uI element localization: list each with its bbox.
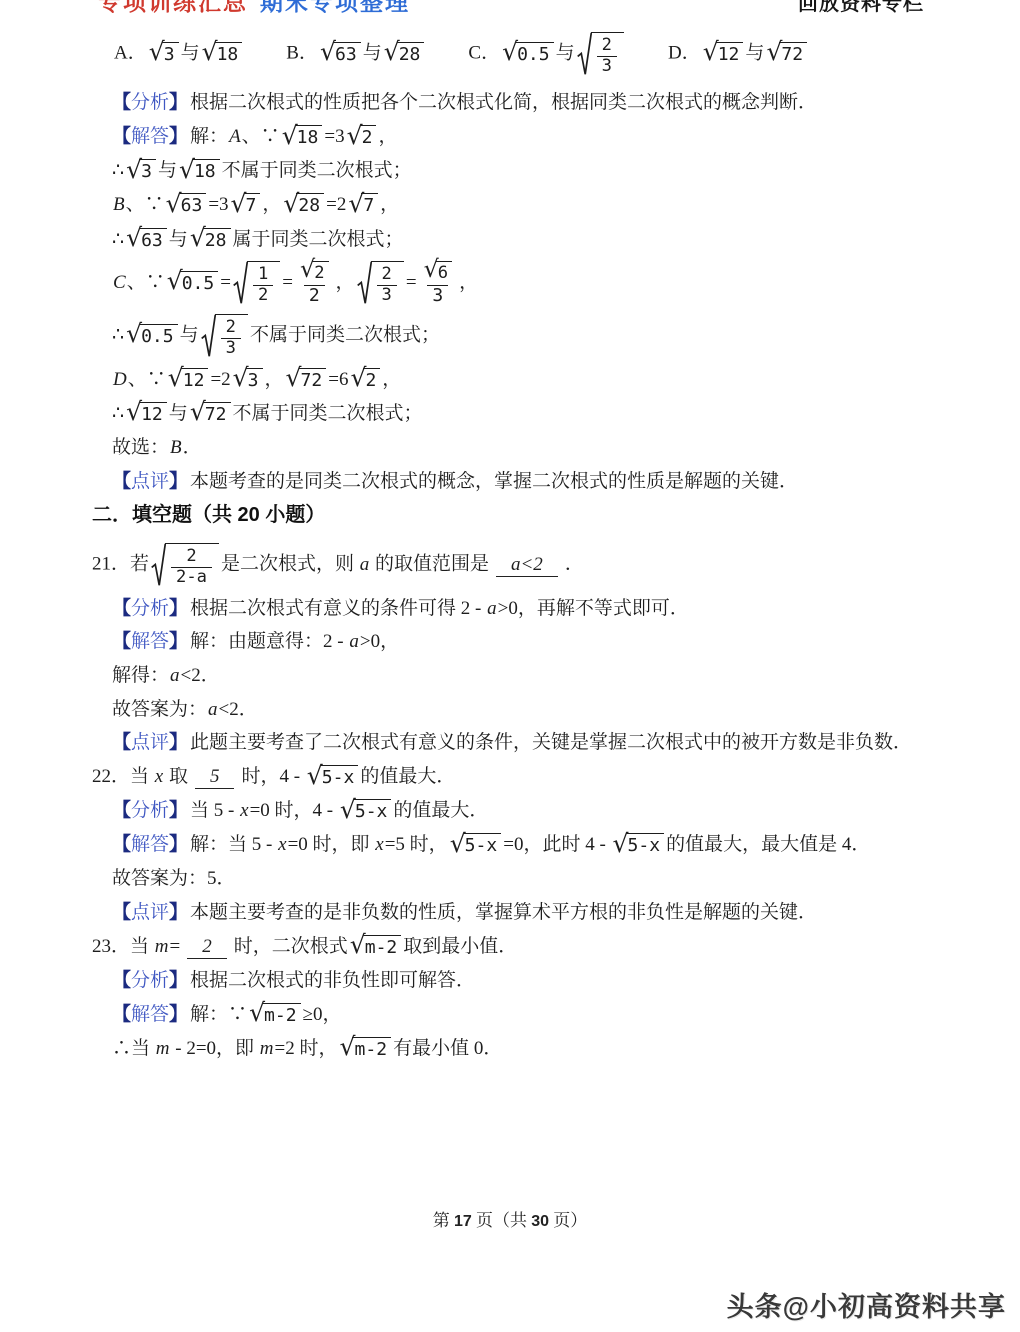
radical-sign-icon bbox=[201, 314, 216, 358]
label-text: 点评 bbox=[131, 471, 169, 492]
radical-sign: √ bbox=[340, 797, 356, 822]
text-run: 页） bbox=[549, 1211, 587, 1230]
page-number: 第 17 页（共 30 页） bbox=[0, 1206, 1020, 1231]
radical-sign: √ bbox=[300, 258, 315, 282]
math-variable: x bbox=[239, 800, 249, 821]
bold-text: 30 bbox=[531, 1213, 549, 1230]
radical-sign: √ bbox=[149, 39, 165, 64]
banner-blue-cropped-text: 期末专项整理 bbox=[260, 0, 410, 14]
math-variable: a bbox=[207, 699, 219, 720]
solution-step: 解得：a<2． bbox=[92, 663, 972, 689]
math-variable: a bbox=[359, 554, 371, 575]
text-run: >0，再解不等式即可． bbox=[498, 598, 689, 619]
radicand: 23 bbox=[371, 261, 404, 305]
label-bracket: 】 bbox=[169, 902, 188, 923]
text-run: = bbox=[282, 272, 293, 293]
radicand: 28 bbox=[296, 193, 324, 217]
watermark: 头条@小初高资料共享 bbox=[727, 1285, 1006, 1324]
label-bracket: 】 bbox=[169, 126, 188, 147]
math-variable: m bbox=[259, 1038, 275, 1059]
text-run: ∴ bbox=[112, 160, 124, 181]
section-label: 【解答】 bbox=[112, 631, 188, 652]
text-run: B． bbox=[286, 43, 318, 64]
fraction-numerator: √2 bbox=[295, 261, 334, 285]
sqrt-expression: √72 bbox=[766, 42, 807, 67]
text-run: ， bbox=[265, 369, 284, 390]
label-text: 分析 bbox=[131, 92, 169, 113]
text-run: C． bbox=[468, 43, 500, 64]
text-run: 的值最大，最大值是 4． bbox=[666, 834, 870, 855]
radical-sign: √ bbox=[231, 191, 247, 216]
radicand: 22-a bbox=[165, 543, 219, 587]
solution-step: ∴√0.5与23不属于同类二次根式； bbox=[92, 314, 972, 358]
radical-sign: √ bbox=[167, 268, 183, 293]
text-run: =2 时， bbox=[275, 1038, 338, 1059]
radical-sign: √ bbox=[282, 123, 298, 148]
sqrt-expression: √2 bbox=[347, 125, 377, 150]
text-run: 、∵ bbox=[128, 369, 166, 390]
question-22: 22．当 x 取5时，4 - √5-x的值最大． bbox=[92, 764, 972, 790]
text-run: 故答案为： bbox=[112, 699, 207, 720]
fraction-denominator: 2 bbox=[253, 285, 273, 306]
radical-sign: √ bbox=[766, 39, 782, 64]
section-label: 【分析】 bbox=[112, 970, 188, 991]
text-run: 的值最大． bbox=[393, 800, 488, 821]
text-run: 与 bbox=[158, 160, 177, 181]
text-run: = bbox=[220, 272, 231, 293]
label-bracket: 【 bbox=[112, 92, 131, 113]
text-run: ， bbox=[382, 369, 401, 390]
section-label: 【点评】 bbox=[112, 902, 188, 923]
label-text: 点评 bbox=[131, 902, 169, 923]
section-label: 【分析】 bbox=[112, 800, 188, 821]
answer-blank: a<2 bbox=[496, 554, 558, 577]
solution-step: 故答案为：a<2． bbox=[92, 697, 972, 723]
label-bracket: 】 bbox=[169, 471, 188, 492]
section-label: 【点评】 bbox=[112, 471, 188, 492]
sqrt-expression: √3 bbox=[126, 159, 156, 184]
sqrt-expression: √5-x bbox=[450, 833, 502, 858]
radical-sign: √ bbox=[307, 763, 323, 788]
radicand: 12 bbox=[716, 42, 744, 66]
text-run: 解：∵ bbox=[190, 1004, 247, 1025]
section-label: 【分析】 bbox=[112, 92, 188, 113]
text-run: 的值最大． bbox=[360, 766, 455, 787]
options-row: A．√3与√18B．√63与√28C．√0.5与23D．√12与√72 bbox=[92, 32, 972, 76]
sqrt-expression: √7 bbox=[231, 193, 261, 218]
radicand: 72 bbox=[203, 402, 231, 426]
sqrt-fraction-expression: 23 bbox=[357, 261, 404, 305]
radical-sign-icon bbox=[357, 261, 372, 305]
comment-line: 【点评】此题主要考查了二次根式有意义的条件，关键是掌握二次根式中的被开方数是非负… bbox=[92, 730, 972, 756]
radicand: 5-x bbox=[320, 765, 359, 789]
radical-sign: √ bbox=[703, 39, 719, 64]
text-run: ， bbox=[459, 272, 478, 293]
math-variable: x bbox=[154, 766, 164, 787]
radicand: 63 bbox=[179, 193, 207, 217]
text-run: 、∵ bbox=[242, 126, 280, 147]
text-run: ∴ bbox=[112, 229, 124, 250]
document-page: 专项训练汇总 期末专项整理 回放资料专栏 A．√3与√18B．√63与√28C．… bbox=[0, 0, 1020, 1332]
radical-sign: √ bbox=[126, 399, 142, 424]
label-text: 解答 bbox=[131, 834, 169, 855]
text-run: ． bbox=[565, 554, 584, 575]
label-bracket: 【 bbox=[112, 732, 131, 753]
section-label: 【解答】 bbox=[112, 126, 188, 147]
sqrt-expression: √0.5 bbox=[502, 42, 554, 67]
text-run: = bbox=[406, 272, 417, 293]
fraction-denominator: 3 bbox=[377, 285, 397, 306]
sqrt-fraction-expression: 12 bbox=[233, 261, 280, 305]
radical-sign: √ bbox=[190, 399, 206, 424]
text-run: 根据二次根式有意义的条件可得 2 - bbox=[190, 598, 486, 619]
question-21: 21．若22-a是二次根式，则 a 的取值范围是a<2． bbox=[92, 543, 972, 587]
analysis-line: 【分析】根据二次根式的性质把各个二次根式化简，根据同类二次根式的概念判断． bbox=[92, 90, 972, 116]
sqrt-expression: √18 bbox=[282, 125, 323, 150]
sqrt-expression: √28 bbox=[190, 228, 231, 253]
sqrt-fraction-expression: 23 bbox=[201, 314, 248, 358]
answer-blank: 5 bbox=[195, 766, 235, 789]
section-label: 【解答】 bbox=[112, 1004, 188, 1025]
solution-line: 【解答】解：A、∵√18=3√2， bbox=[92, 124, 972, 150]
math-variable: x bbox=[277, 834, 287, 855]
radical-sign: √ bbox=[424, 258, 439, 282]
text-run: 根据二次根式的非负性即可解答． bbox=[190, 970, 475, 991]
radical-sign-icon bbox=[233, 261, 248, 305]
text-run: 根据二次根式的性质把各个二次根式化简，根据同类二次根式的概念判断． bbox=[190, 92, 817, 113]
text-run: 22．当 bbox=[92, 766, 154, 787]
fraction-denominator: 2 bbox=[304, 285, 325, 307]
sqrt-expression: √63 bbox=[320, 42, 361, 67]
solution-line: 【解答】解：∵√m-2≥0， bbox=[92, 1002, 972, 1028]
text-run: 解：当 5 - bbox=[190, 834, 277, 855]
text-run: 不属于同类二次根式； bbox=[222, 160, 412, 181]
sqrt-expression: √28 bbox=[384, 42, 425, 67]
radicand: 18 bbox=[295, 125, 323, 149]
text-run: 21．若 bbox=[92, 554, 149, 575]
radical-sign: √ bbox=[350, 932, 366, 957]
sqrt-expression: √12 bbox=[126, 402, 167, 427]
fraction: 23 bbox=[377, 265, 397, 305]
label-text: 分析 bbox=[131, 800, 169, 821]
bold-text: 17 bbox=[454, 1213, 472, 1230]
solution-step: ∴当 m - 2=0，即 m=2 时，√m-2有最小值 0． bbox=[92, 1036, 972, 1062]
math-variable: D bbox=[112, 369, 128, 390]
text-run: ∴ bbox=[112, 403, 124, 424]
radicand: 23 bbox=[215, 314, 248, 358]
radicand: 5-x bbox=[626, 833, 665, 857]
text-run: =0，此时 4 - bbox=[503, 834, 610, 855]
text-run: ， bbox=[336, 272, 355, 293]
text-run: ， bbox=[380, 194, 399, 215]
sqrt-expression: √3 bbox=[233, 368, 263, 393]
label-bracket: 【 bbox=[112, 598, 131, 619]
text-run: <2． bbox=[181, 665, 220, 686]
text-run: 的取值范围是 bbox=[370, 554, 489, 575]
math-variable: x bbox=[374, 834, 384, 855]
label-bracket: 【 bbox=[112, 800, 131, 821]
label-bracket: 【 bbox=[112, 834, 131, 855]
math-variable: A bbox=[228, 126, 242, 147]
label-bracket: 】 bbox=[169, 1004, 188, 1025]
comment-line: 【点评】本题主要考查的是非负数的性质，掌握算术平方根的非负性是解题的关键． bbox=[92, 900, 972, 926]
sqrt-expression: √72 bbox=[190, 402, 231, 427]
text-run: 与 bbox=[745, 43, 764, 64]
math-variable: m bbox=[155, 1038, 171, 1059]
section-label: 【分析】 bbox=[112, 598, 188, 619]
radical-sign: √ bbox=[166, 191, 182, 216]
radicand: m-2 bbox=[262, 1003, 301, 1027]
text-run: ， bbox=[262, 194, 281, 215]
label-bracket: 】 bbox=[169, 631, 188, 652]
radical-sign: √ bbox=[202, 39, 218, 64]
radicand: 12 bbox=[247, 261, 280, 305]
text-run: 故选： bbox=[112, 437, 169, 458]
radicand: 12 bbox=[181, 368, 209, 392]
text-run: =6 bbox=[328, 369, 348, 390]
sqrt-expression: √18 bbox=[179, 159, 220, 184]
fraction-numerator: 2 bbox=[181, 547, 201, 567]
fraction-denominator: 2-a bbox=[171, 567, 212, 588]
label-bracket: 【 bbox=[112, 970, 131, 991]
sqrt-expression: √12 bbox=[703, 42, 744, 67]
radical-sign: √ bbox=[340, 1034, 356, 1059]
fraction-numerator: 2 bbox=[221, 318, 241, 338]
fraction-numerator: 1 bbox=[253, 265, 273, 285]
sqrt-expression: √m-2 bbox=[249, 1003, 301, 1028]
bold-text: 二．填空题（共 20 小题） bbox=[92, 504, 325, 526]
solution-line: 【解答】解：当 5 - x=0 时，即 x=5 时，√5-x=0，此时 4 - … bbox=[92, 832, 972, 858]
conclusion-line: 故选：B． bbox=[92, 435, 972, 461]
text-run: 与 bbox=[181, 43, 200, 64]
radical-sign: √ bbox=[348, 191, 364, 216]
text-run: ∴ bbox=[112, 325, 124, 346]
sqrt-expression: √5-x bbox=[340, 799, 392, 824]
math-variable: B bbox=[169, 437, 183, 458]
label-text: 分析 bbox=[131, 970, 169, 991]
banner-red-cropped-text: 专项训练汇总 bbox=[98, 0, 248, 14]
radicand: 5-x bbox=[353, 799, 392, 823]
section-heading: 二．填空题（共 20 小题） bbox=[92, 502, 972, 529]
text-run: 取到最小值． bbox=[403, 936, 517, 957]
radicand: 72 bbox=[779, 42, 807, 66]
fraction-denominator: 3 bbox=[427, 285, 448, 307]
section-label: 【点评】 bbox=[112, 732, 188, 753]
radical-sign: √ bbox=[384, 39, 400, 64]
radicand: 18 bbox=[215, 42, 243, 66]
solution-step: 故答案为：5． bbox=[92, 866, 972, 892]
analysis-line: 【分析】根据二次根式的非负性即可解答． bbox=[92, 968, 972, 994]
section-label: 【解答】 bbox=[112, 834, 188, 855]
math-variable: B bbox=[112, 194, 126, 215]
radicand: 0.5 bbox=[180, 271, 219, 295]
fraction: √63 bbox=[419, 261, 458, 307]
fraction: 12 bbox=[253, 265, 273, 305]
radicand: 12 bbox=[139, 402, 167, 426]
text-run: <2． bbox=[219, 699, 258, 720]
fraction: 23 bbox=[221, 318, 241, 358]
sqrt-expression: √2 bbox=[350, 368, 380, 393]
text-run: 属于同类二次根式； bbox=[233, 229, 404, 250]
sqrt-expression: √5-x bbox=[307, 765, 359, 790]
text-run: 与 bbox=[169, 229, 188, 250]
radicand: m-2 bbox=[352, 1037, 391, 1061]
radical-sign: √ bbox=[190, 225, 206, 250]
radicand: 23 bbox=[591, 32, 624, 76]
radicand: 0.5 bbox=[515, 42, 554, 66]
text-run: 是二次根式，则 bbox=[221, 554, 359, 575]
radical-sign: √ bbox=[347, 123, 363, 148]
text-run: =0 时，即 bbox=[288, 834, 375, 855]
radical-sign: √ bbox=[179, 157, 195, 182]
fraction-numerator: √6 bbox=[419, 261, 458, 285]
radicand: 0.5 bbox=[139, 324, 178, 348]
sqrt-expression: √6 bbox=[424, 261, 453, 285]
fraction-denominator: 3 bbox=[597, 56, 617, 77]
radical-sign: √ bbox=[126, 157, 142, 182]
text-run: =5 时， bbox=[385, 834, 448, 855]
radical-sign: √ bbox=[286, 365, 302, 390]
label-bracket: 【 bbox=[112, 126, 131, 147]
text-run: 故答案为：5． bbox=[112, 868, 236, 889]
radical-sign-icon bbox=[151, 543, 166, 587]
sqrt-fraction-expression: 22-a bbox=[151, 543, 219, 587]
solution-step: ∴√3与√18不属于同类二次根式； bbox=[92, 158, 972, 184]
math-variable: a bbox=[169, 665, 181, 686]
radical-sign: √ bbox=[450, 831, 466, 856]
radicand: 28 bbox=[397, 42, 425, 66]
text-run: 不属于同类二次根式； bbox=[233, 403, 423, 424]
comment-line: 【点评】本题考查的是同类二次根式的概念，掌握二次根式的性质是解题的关键． bbox=[92, 469, 972, 495]
text-run: 解： bbox=[190, 126, 228, 147]
label-text: 点评 bbox=[131, 732, 169, 753]
sqrt-expression: √0.5 bbox=[167, 271, 219, 296]
analysis-line: 【分析】当 5 - x=0 时，4 - √5-x的值最大． bbox=[92, 798, 972, 824]
label-text: 分析 bbox=[131, 598, 169, 619]
text-run: =2 bbox=[210, 369, 230, 390]
answer-blank: 2 bbox=[187, 936, 227, 959]
text-run: 与 bbox=[363, 43, 382, 64]
radical-sign: √ bbox=[320, 39, 336, 64]
label-bracket: 【 bbox=[112, 1004, 131, 1025]
math-variable: m bbox=[154, 936, 170, 957]
sqrt-expression: √12 bbox=[168, 368, 209, 393]
sqrt-fraction-expression: 23 bbox=[577, 32, 624, 76]
text-run: D． bbox=[668, 43, 701, 64]
fraction-numerator: 2 bbox=[597, 36, 617, 56]
radicand: 18 bbox=[192, 159, 220, 183]
solution-line: 【解答】解：由题意得：2 - a>0， bbox=[92, 629, 972, 655]
text-run: =2 bbox=[326, 194, 346, 215]
banner-logo-cropped-text: 回放资料专栏 bbox=[798, 0, 924, 14]
text-run: 、∵ bbox=[126, 194, 164, 215]
fraction: 22-a bbox=[171, 547, 212, 587]
math-variable: C bbox=[112, 272, 127, 293]
text-run: =3 bbox=[324, 126, 344, 147]
radicand: m-2 bbox=[363, 935, 402, 959]
text-run: 不属于同类二次根式； bbox=[250, 325, 440, 346]
label-bracket: 】 bbox=[169, 800, 188, 821]
math-variable: a bbox=[348, 631, 360, 652]
radical-sign: √ bbox=[126, 321, 142, 346]
top-banner: 专项训练汇总 期末专项整理 回放资料专栏 bbox=[92, 0, 972, 14]
solution-step: ∴√63与√28属于同类二次根式； bbox=[92, 227, 972, 253]
text-run: >0， bbox=[360, 631, 399, 652]
text-run: =3 bbox=[208, 194, 228, 215]
fraction-numerator: 2 bbox=[377, 265, 397, 285]
sqrt-expression: √0.5 bbox=[126, 324, 178, 349]
solution-step: C、∵√0.5=12=√22，23=√63， bbox=[92, 261, 972, 307]
text-run: 本题主要考查的是非负数的性质，掌握算术平方根的非负性是解题的关键． bbox=[190, 902, 817, 923]
radical-sign: √ bbox=[350, 365, 366, 390]
text-run: 与 bbox=[169, 403, 188, 424]
solution-step: B、∵√63=3√7，√28=2√7， bbox=[92, 192, 972, 218]
label-bracket: 】 bbox=[169, 732, 188, 753]
radicand: 63 bbox=[333, 42, 361, 66]
text-run: 解：由题意得：2 - bbox=[190, 631, 348, 652]
text-run: = bbox=[170, 936, 181, 957]
label-bracket: 【 bbox=[112, 902, 131, 923]
radicand: 63 bbox=[139, 228, 167, 252]
text-run: 当 5 - bbox=[190, 800, 239, 821]
text-run: 时，二次根式 bbox=[234, 936, 348, 957]
label-bracket: 】 bbox=[169, 834, 188, 855]
question-23: 23．当 m=2时，二次根式√m-2取到最小值． bbox=[92, 934, 972, 960]
sqrt-expression: √m-2 bbox=[350, 935, 402, 960]
sqrt-expression: √63 bbox=[166, 193, 207, 218]
text-run: ， bbox=[378, 126, 397, 147]
fraction: √22 bbox=[295, 261, 334, 307]
text-run: 与 bbox=[556, 43, 575, 64]
text-run: ∴当 bbox=[112, 1038, 155, 1059]
radical-sign: √ bbox=[502, 39, 518, 64]
radical-sign: √ bbox=[283, 191, 299, 216]
text-run: 有最小值 0． bbox=[393, 1038, 502, 1059]
sqrt-expression: √7 bbox=[348, 193, 378, 218]
solution-step: D、∵√12=2√3，√72=6√2， bbox=[92, 367, 972, 393]
analysis-line: 【分析】根据二次根式有意义的条件可得 2 - a>0，再解不等式即可． bbox=[92, 596, 972, 622]
sqrt-expression: √2 bbox=[300, 261, 329, 285]
solution-step: ∴√12与√72不属于同类二次根式； bbox=[92, 401, 972, 427]
label-bracket: 【 bbox=[112, 471, 131, 492]
text-run: A． bbox=[114, 43, 147, 64]
sqrt-expression: √5-x bbox=[613, 833, 665, 858]
radical-sign: √ bbox=[168, 365, 184, 390]
label-text: 解答 bbox=[131, 126, 169, 147]
radical-sign: √ bbox=[249, 1000, 265, 1025]
radicand: 28 bbox=[203, 228, 231, 252]
sqrt-expression: √28 bbox=[283, 193, 324, 218]
label-text: 解答 bbox=[131, 631, 169, 652]
radical-sign: √ bbox=[613, 831, 629, 856]
label-bracket: 【 bbox=[112, 631, 131, 652]
text-run: 解得： bbox=[112, 665, 169, 686]
radicand: 72 bbox=[299, 368, 327, 392]
text-run: 此题主要考查了二次根式有意义的条件，关键是掌握二次根式中的被开方数是非负数． bbox=[190, 732, 912, 753]
text-run: =0 时，4 - bbox=[250, 800, 338, 821]
text-run: 页（共 bbox=[472, 1211, 532, 1230]
math-variable: a bbox=[486, 598, 498, 619]
text-run: 本题考查的是同类二次根式的概念，掌握二次根式的性质是解题的关键． bbox=[190, 471, 798, 492]
label-bracket: 】 bbox=[169, 598, 188, 619]
fraction: 23 bbox=[597, 36, 617, 76]
text-run: 取 bbox=[164, 766, 188, 787]
sqrt-expression: √3 bbox=[149, 42, 179, 67]
fraction-denominator: 3 bbox=[221, 338, 241, 359]
text-run: ≥0， bbox=[303, 1004, 342, 1025]
label-bracket: 】 bbox=[169, 92, 188, 113]
radical-sign: √ bbox=[126, 225, 142, 250]
